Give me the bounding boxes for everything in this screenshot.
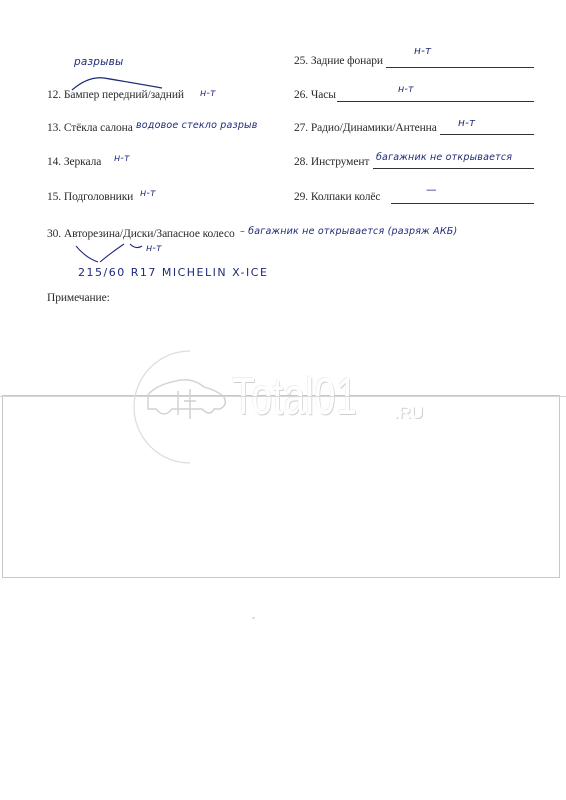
fill-line <box>373 168 534 169</box>
value-tires: – багажник не открывается (разряж АКБ) <box>240 226 457 237</box>
field-label: Часы <box>311 89 336 101</box>
tire-spec: 215/60 R17 MICHELIN X-ICE <box>78 266 268 279</box>
field-rear-lights: 25. Задние фонари <box>294 55 383 67</box>
field-hubcaps: 29. Колпаки колёс <box>294 191 380 203</box>
field-number: 28. <box>294 156 308 168</box>
watermark-brand: Total01 <box>232 367 358 427</box>
value-clock: н-т <box>398 84 414 95</box>
field-bumper: 12. Бампер передний/задний <box>47 89 184 101</box>
field-mirrors: 14. Зеркала <box>47 156 101 168</box>
field-number: 25. <box>294 55 308 67</box>
annotation-nt: н-т <box>146 243 162 254</box>
field-label: Колпаки колёс <box>311 191 381 203</box>
field-tools: 28. Инструмент <box>294 156 369 168</box>
field-number: 27. <box>294 122 308 134</box>
field-glass: 13. Стёкла салона <box>47 122 133 134</box>
field-label: Стёкла салона <box>64 122 133 134</box>
field-label: Радио/Динамики/Антенна <box>311 122 437 134</box>
note-label: Примечание: <box>47 292 110 304</box>
field-headrests: 15. Подголовники <box>47 191 133 203</box>
field-number: 15. <box>47 191 61 203</box>
value-glass: водовое стекло разрыв <box>136 120 258 131</box>
value-rear-lights: н-т <box>414 45 431 57</box>
annotation-razryvy: разрывы <box>74 56 124 68</box>
field-label: Подголовники <box>64 191 133 203</box>
fill-line <box>337 101 534 102</box>
field-label: Задние фонари <box>311 55 383 67</box>
value-hubcaps: — <box>426 184 437 196</box>
fill-line <box>440 134 534 135</box>
field-number: 13. <box>47 122 61 134</box>
field-number: 14. <box>47 156 61 168</box>
value-headrests: н-т <box>140 188 156 199</box>
value-mirrors: н-т <box>114 153 130 164</box>
field-number: 26. <box>294 89 308 101</box>
scan-speck <box>252 617 255 619</box>
field-radio: 27. Радио/Динамики/Антенна <box>294 122 437 134</box>
watermark: Total01 .RU <box>132 347 462 477</box>
field-label: Инструмент <box>311 156 370 168</box>
field-clock: 26. Часы <box>294 89 336 101</box>
field-label: Зеркала <box>64 156 101 168</box>
field-number: 30. <box>47 228 61 240</box>
field-number: 29. <box>294 191 308 203</box>
field-label: Авторезина/Диски/Запасное колесо <box>64 228 235 240</box>
value-tools: багажник не открывается <box>376 152 512 163</box>
field-label: Бампер передний/задний <box>64 89 184 101</box>
field-number: 12. <box>47 89 61 101</box>
fill-line <box>386 67 534 68</box>
field-tires: 30. Авторезина/Диски/Запасное колесо <box>47 228 235 240</box>
value-radio: н-т <box>458 117 475 129</box>
watermark-domain: .RU <box>394 403 423 423</box>
fill-line <box>391 203 534 204</box>
watermark-line <box>0 396 566 397</box>
value-bumper: н-т <box>200 88 216 99</box>
